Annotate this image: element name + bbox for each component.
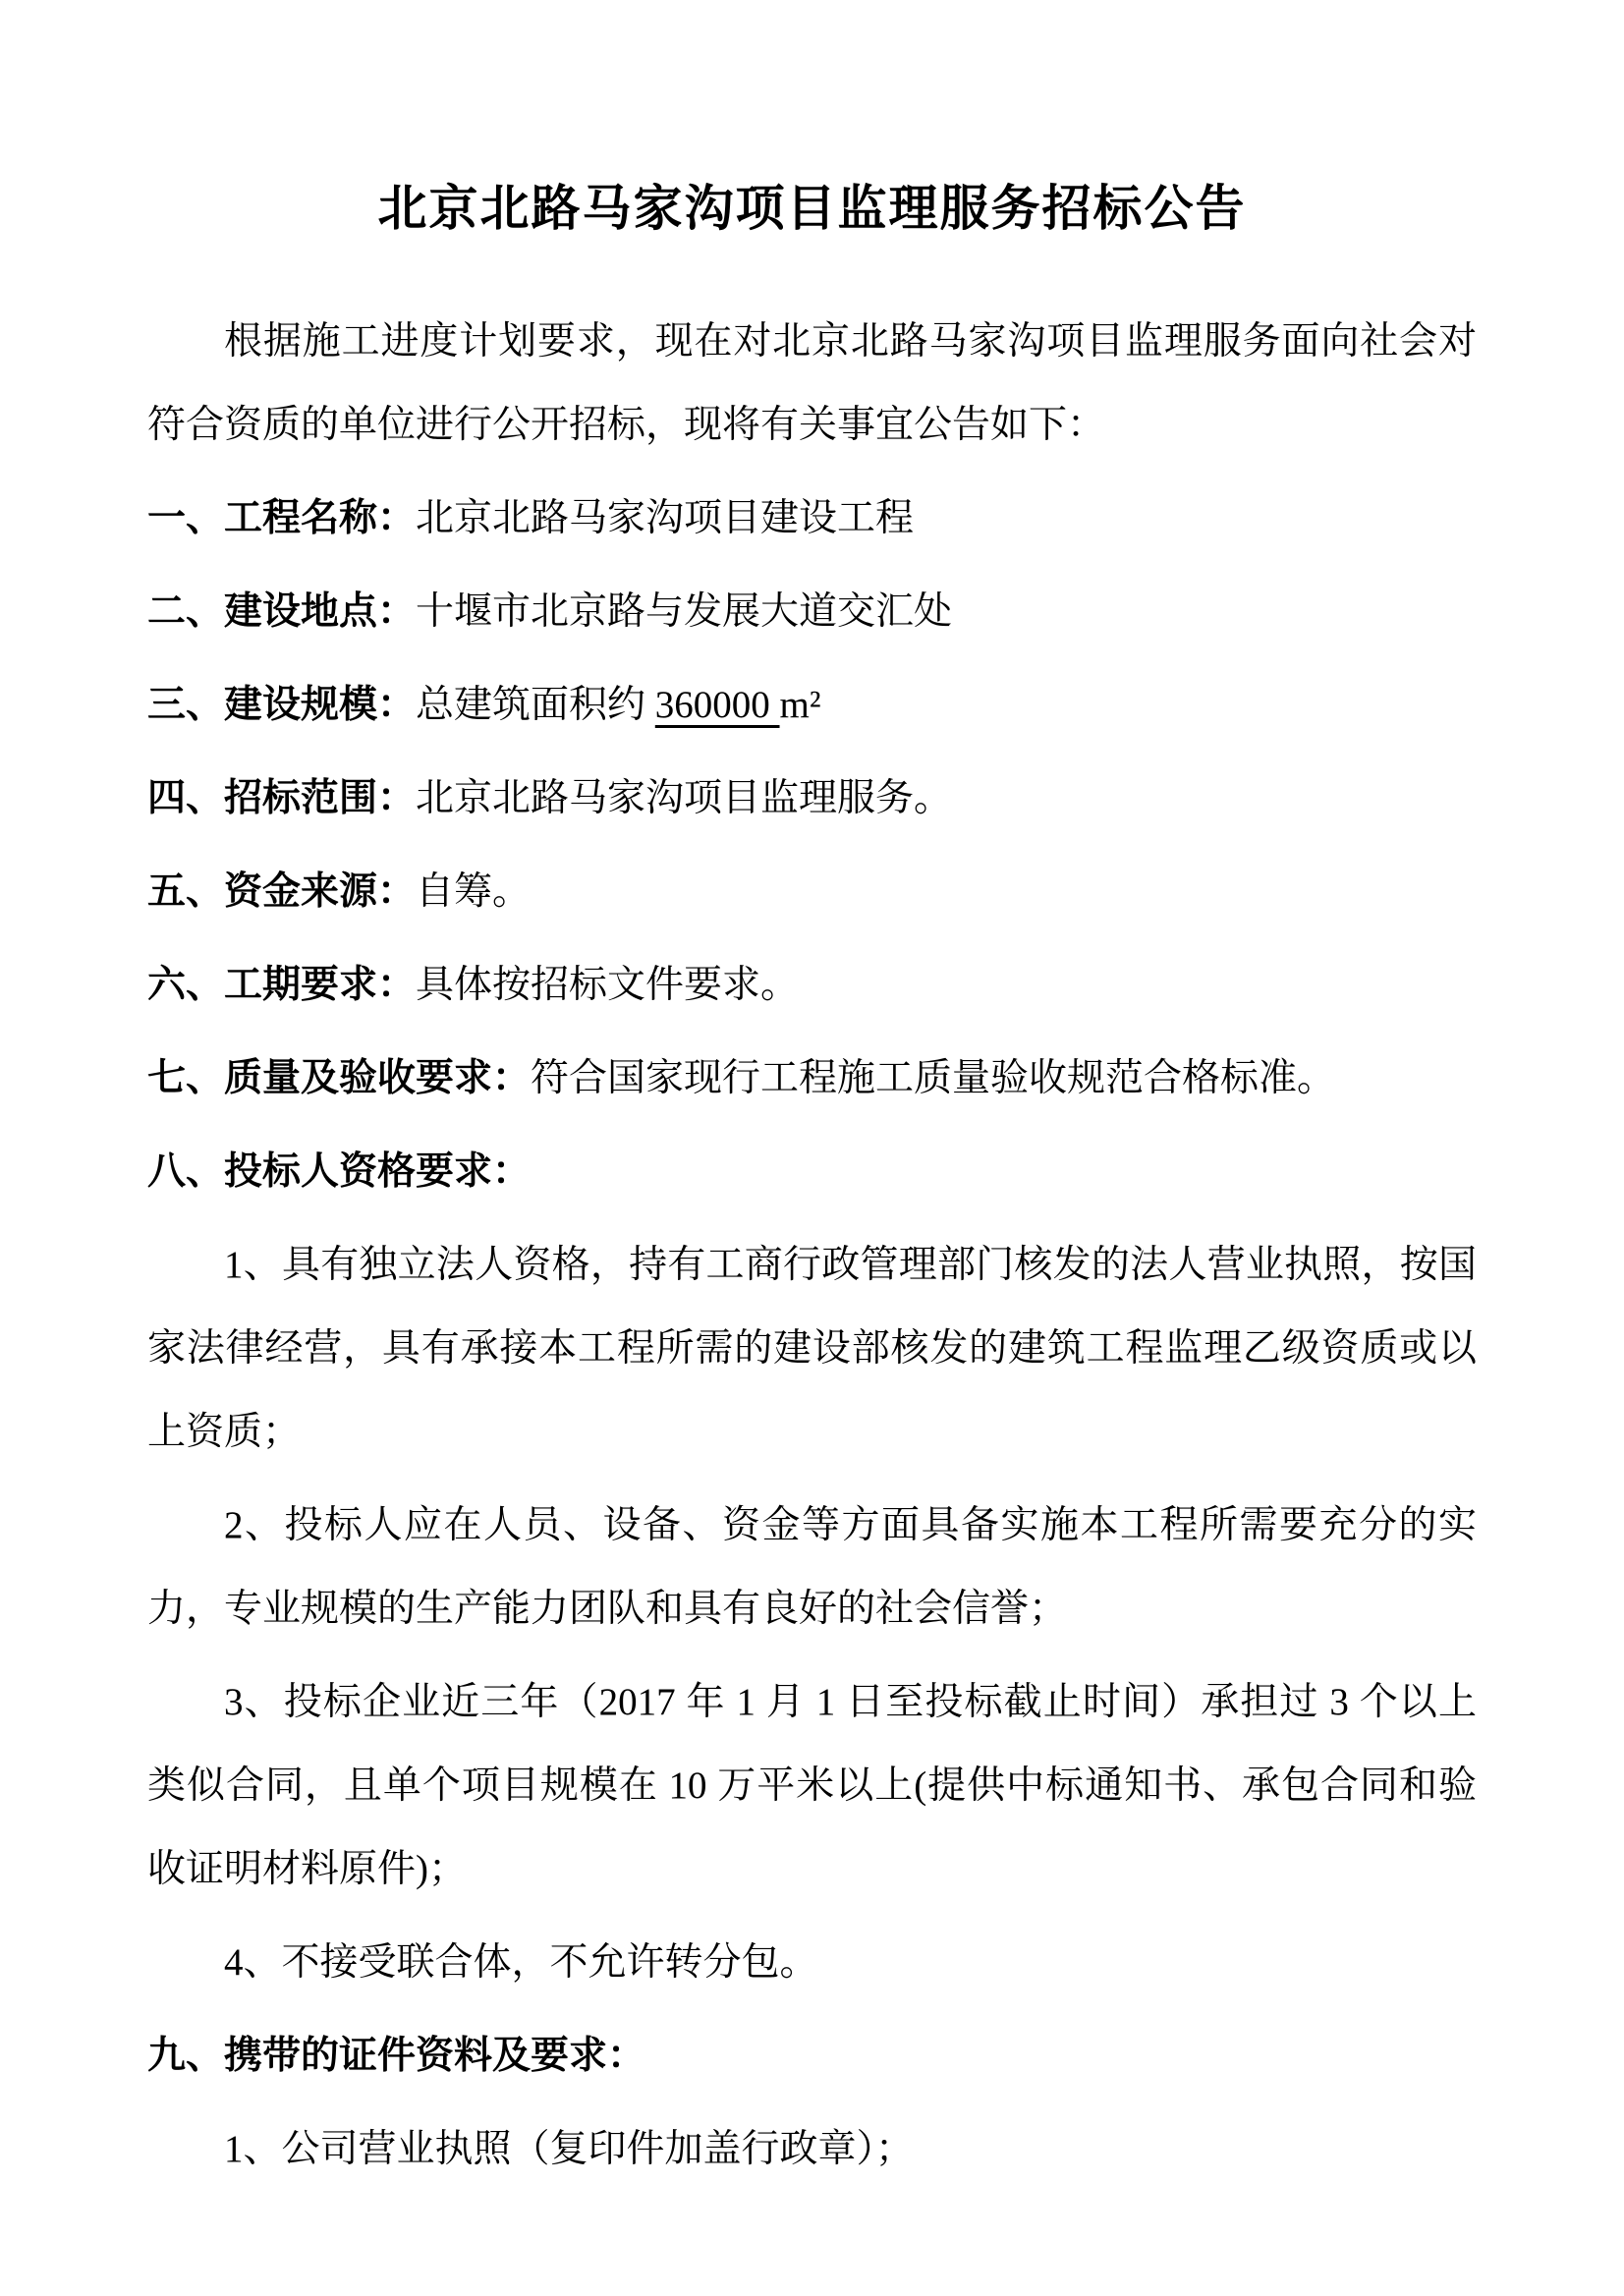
section-value-prefix: 总建筑面积约	[416, 684, 655, 726]
section-heading-required-documents: 九、携带的证件资料及要求：	[147, 2014, 1477, 2098]
section-label: 九、携带的证件资料及要求：	[147, 2035, 645, 2077]
section-label: 一、工程名称：	[147, 497, 416, 539]
page-title: 北京北路马家沟项目监理服务招标公告	[147, 172, 1477, 246]
section-heading-schedule: 六、工期要求：具体按招标文件要求。	[147, 943, 1477, 1027]
section-heading-bidder-qualification: 八、投标人资格要求：	[147, 1130, 1477, 1213]
required-document-1: 1、公司营业执照（复印件加盖行政章）；	[147, 2107, 1477, 2191]
section-value: 北京北路马家沟项目监理服务。	[416, 777, 952, 819]
section-value: 自筹。	[416, 870, 531, 913]
section-heading-quality: 七、质量及验收要求：符合国家现行工程施工质量验收规范合格标准。	[147, 1036, 1477, 1120]
building-area-value: 360000	[655, 684, 780, 726]
section-heading-scale: 三、建设规模：总建筑面积约 360000 m²	[147, 663, 1477, 747]
area-unit: m²	[780, 684, 821, 726]
section-heading-scope: 四、招标范围：北京北路马家沟项目监理服务。	[147, 756, 1477, 840]
section-value: 符合国家现行工程施工质量验收规范合格标准。	[531, 1057, 1335, 1099]
bidder-requirement-4: 4、不接受联合体，不允许转分包。	[147, 1921, 1477, 2004]
section-value: 具体按招标文件要求。	[416, 964, 799, 1006]
bidder-requirement-2: 2、投标人应在人员、设备、资金等方面具备实施本工程所需要充分的实力，专业规模的生…	[147, 1484, 1477, 1651]
section-value: 北京北路马家沟项目建设工程	[416, 497, 914, 539]
section-value: 十堰市北京路与发展大道交汇处	[416, 590, 952, 633]
section-label: 六、工期要求：	[147, 964, 416, 1006]
section-label: 八、投标人资格要求：	[147, 1150, 531, 1193]
section-label: 五、资金来源：	[147, 870, 416, 913]
section-heading-funding: 五、资金来源：自筹。	[147, 850, 1477, 933]
section-heading-project-name: 一、工程名称：北京北路马家沟项目建设工程	[147, 476, 1477, 560]
bidder-requirement-3: 3、投标企业近三年（2017 年 1 月 1 日至投标截止时间）承担过 3 个以…	[147, 1660, 1477, 1911]
section-label: 四、招标范围：	[147, 777, 416, 819]
bidder-requirement-1: 1、具有独立法人资格，持有工商行政管理部门核发的法人营业执照，按国家法律经营，具…	[147, 1223, 1477, 1474]
section-heading-location: 二、建设地点：十堰市北京路与发展大道交汇处	[147, 570, 1477, 653]
intro-paragraph: 根据施工进度计划要求，现在对北京北路马家沟项目监理服务面向社会对符合资质的单位进…	[147, 300, 1477, 467]
section-label: 七、质量及验收要求：	[147, 1057, 531, 1099]
section-label: 二、建设地点：	[147, 590, 416, 633]
document-page: 北京北路马家沟项目监理服务招标公告 根据施工进度计划要求，现在对北京北路马家沟项…	[0, 0, 1624, 2296]
section-label: 三、建设规模：	[147, 684, 416, 726]
